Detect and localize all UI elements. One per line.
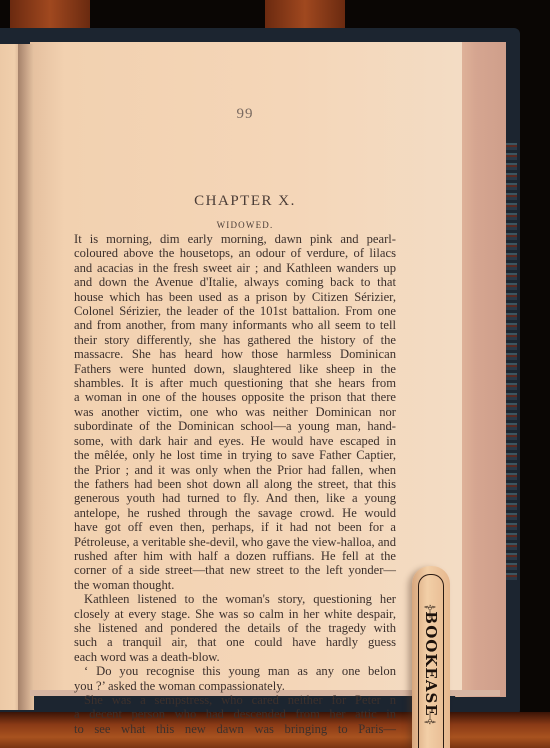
page-number: 99 xyxy=(0,106,490,123)
text-line: massacre. She has heard how those harmle… xyxy=(74,347,396,361)
text-line: the mêlée, only he lost time in trying t… xyxy=(74,448,396,462)
text-line: house which has been used as a prison by… xyxy=(74,290,396,304)
book-gutter xyxy=(18,44,34,710)
text-line: corner of a side street—that new street … xyxy=(74,563,396,577)
text-line: their story differently, she has gathere… xyxy=(74,333,396,347)
text-line: Kathleen listened to the woman's story, … xyxy=(74,592,396,606)
text-line: you ?’ asked the woman compassionately. xyxy=(74,679,396,693)
text-line: was another victim, one who was neither … xyxy=(74,405,396,419)
text-line: some, with dark hair and eyes. He would … xyxy=(74,434,396,448)
text-line: and from another, from many informants w… xyxy=(74,318,396,332)
text-line: Fathers were hunted down, slaughtered li… xyxy=(74,362,396,376)
bookmark-label: BOOKEASE xyxy=(422,611,440,716)
text-line: closely at every stage. She was so calm … xyxy=(74,607,396,621)
text-line: to see what this new dawn was bringing t… xyxy=(74,722,396,736)
text-line: shambles. It is after much questioning t… xyxy=(74,376,396,390)
text-line: subordinate of the Dominican school—a yo… xyxy=(74,419,396,433)
text-line: and down the Avenue d'Italie, always com… xyxy=(74,275,396,289)
text-line: coloured above the housetops, an odour o… xyxy=(74,246,396,260)
text-line: ‘ Do you recognise this young man as any… xyxy=(74,664,396,678)
text-line: the Prior ; and it was only when the Pri… xyxy=(74,463,396,477)
text-line: She was a sempstress, who cared neither … xyxy=(74,693,396,707)
text-line: she listened and pondered the details of… xyxy=(74,621,396,635)
text-line: It is morning, dim early morning, dawn p… xyxy=(74,232,396,246)
text-line: antelope, he rushed through the savage c… xyxy=(74,506,396,520)
chapter-subtitle: WIDOWED. xyxy=(0,220,490,230)
chapter-body-text: It is morning, dim early morning, dawn p… xyxy=(74,232,396,736)
text-line: each word was a death-blow. xyxy=(74,650,396,664)
text-line: rushed after him with half a dozen ruffi… xyxy=(74,549,396,563)
text-line: generous youth had turned to fly. And th… xyxy=(74,491,396,505)
text-line: Colonel Sérizier, the leader of the 101s… xyxy=(74,304,396,318)
text-line: the woman thought. xyxy=(74,578,396,592)
text-line: the fathers had been shot down all along… xyxy=(74,477,396,491)
bookmark[interactable]: ⚚ BOOKEASE ⚚ xyxy=(412,566,450,748)
text-line: have got off even then, perhaps, if it h… xyxy=(74,520,396,534)
page-edges xyxy=(455,42,506,697)
text-line: a decent person who had descended from h… xyxy=(74,707,396,721)
text-line: a woman in one of the houses opposite th… xyxy=(74,390,396,404)
text-line: and acacias in the fresh sweet air ; and… xyxy=(74,261,396,275)
trident-ornament-icon: ⚚ xyxy=(420,706,440,727)
chapter-title: CHAPTER X. xyxy=(0,193,490,210)
text-line: Pétroleuse, a veritable she-devil, who g… xyxy=(74,535,396,549)
text-line: such a tranquil air, that one could have… xyxy=(74,635,396,649)
